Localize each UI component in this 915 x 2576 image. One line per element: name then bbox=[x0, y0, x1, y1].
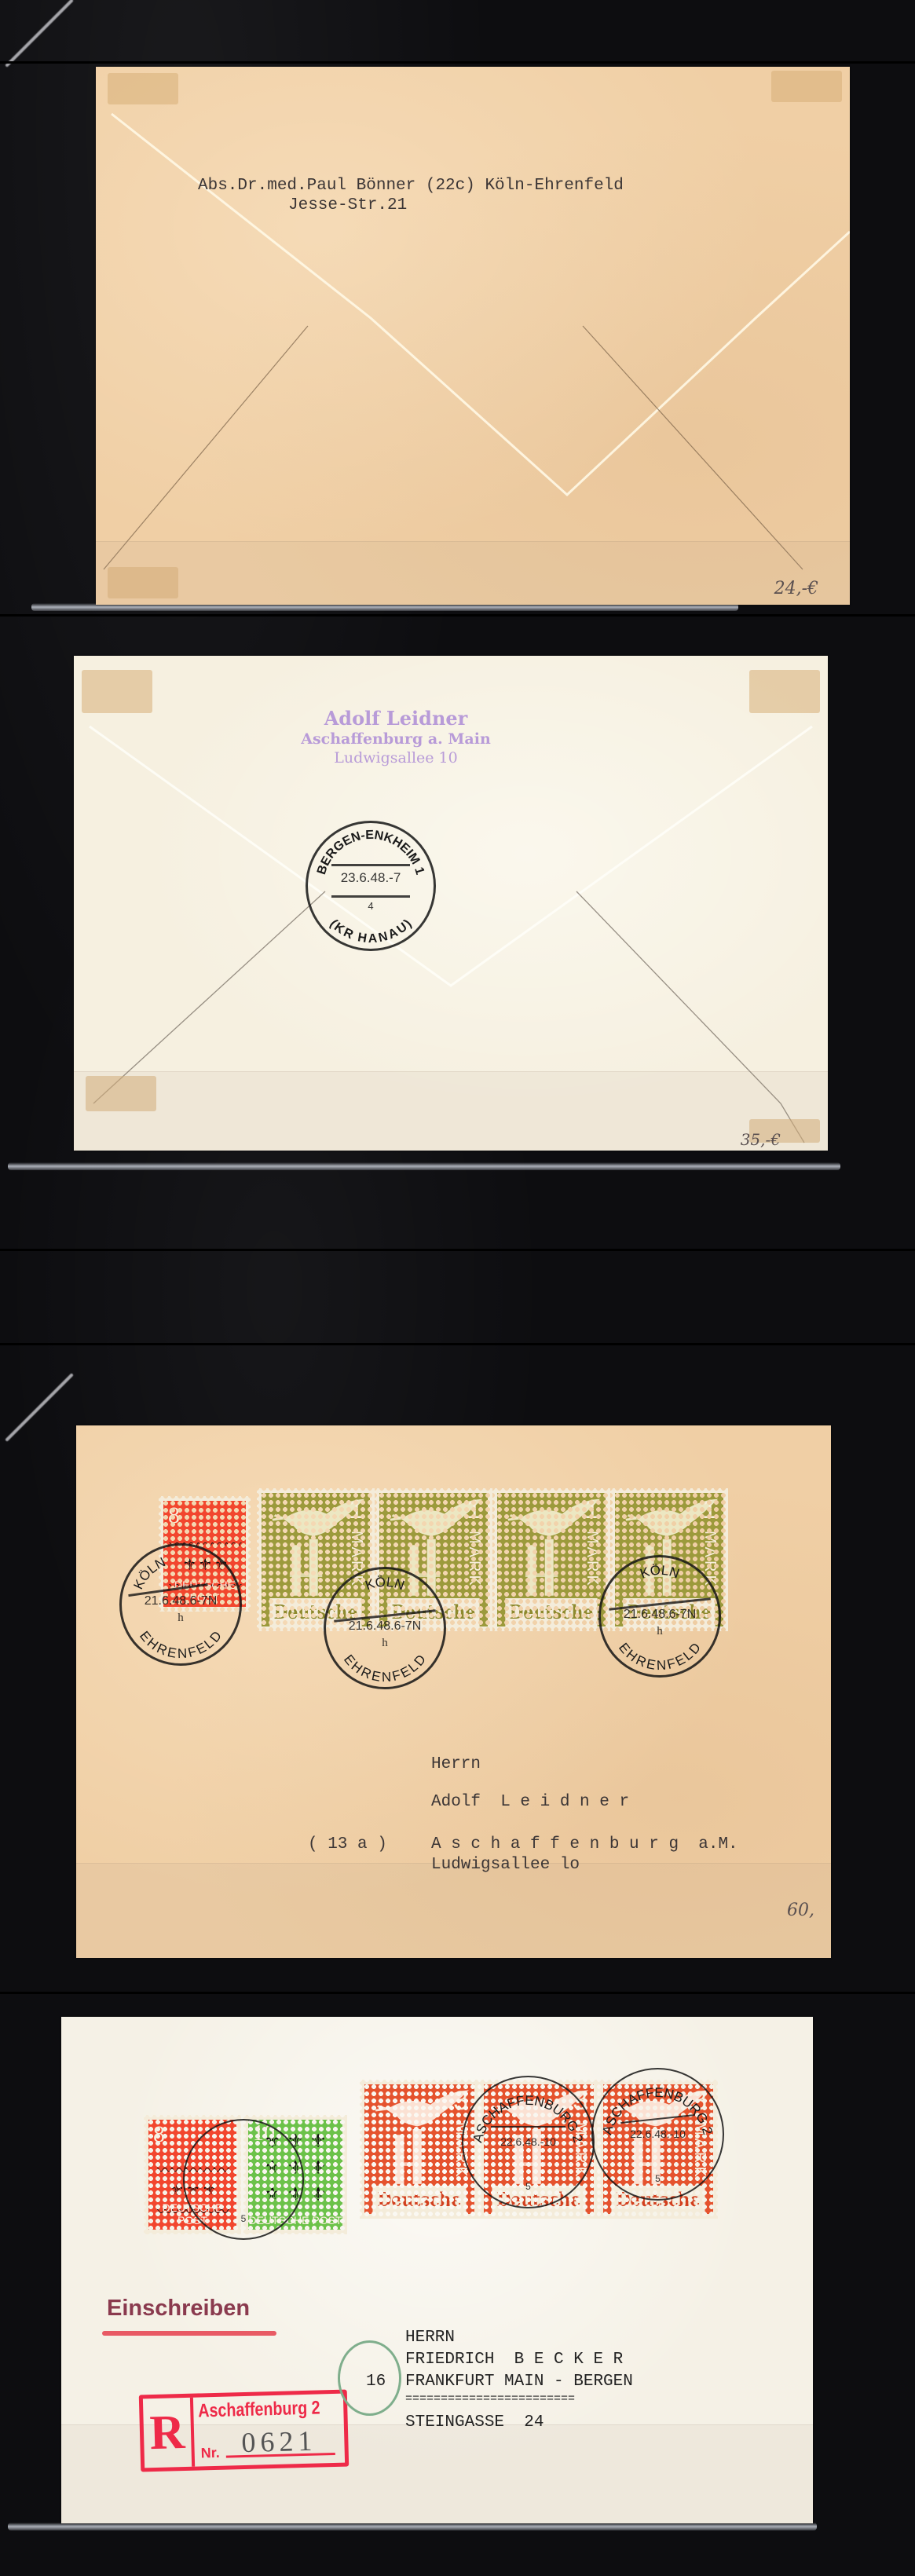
sleeve-edge bbox=[8, 1162, 840, 1170]
sleeve-overlap bbox=[76, 1863, 831, 1958]
strip-divider bbox=[0, 1343, 915, 1345]
postmark-koeln-ehrenfeld: KÖLN EHRENFELD 21.6.48.6-7N h bbox=[324, 1567, 446, 1689]
postmark-date: 23.6.48.-7 bbox=[308, 870, 434, 886]
postmark-aschaffenburg: 5 bbox=[183, 2119, 304, 2240]
pencil-price: 24,-€ bbox=[774, 579, 818, 598]
address-salutation: Herrn bbox=[431, 1755, 481, 1773]
address-postal-zone: ( 13 a ) bbox=[308, 1835, 387, 1853]
sender-line-1: Abs.Dr.med.Paul Bönner (22c) Köln-Ehrenf… bbox=[198, 177, 624, 195]
hinge-tape bbox=[749, 670, 820, 713]
address-name: FRIEDRICH B E C K E R bbox=[405, 2351, 623, 2369]
postmark-koeln-ehrenfeld: KÖLN EHRENFELD 21.6.48.6-7N h bbox=[119, 1543, 242, 1666]
postmark-date: 21.6.48.6-7N bbox=[601, 1608, 719, 1622]
pencil-price: 35,-€ bbox=[741, 1130, 781, 1149]
strip-divider bbox=[0, 61, 915, 64]
registration-letter: R bbox=[143, 2398, 195, 2468]
svg-text:KÖLN: KÖLN bbox=[364, 1575, 407, 1594]
svg-text:EHRENFELD: EHRENFELD bbox=[341, 1652, 429, 1685]
sleeve-edge bbox=[8, 2523, 817, 2530]
postmark-date: 22.6.48.-10 bbox=[463, 2135, 593, 2148]
svg-text:KÖLN: KÖLN bbox=[639, 1563, 682, 1582]
address-name: Adolf L e i d n e r bbox=[431, 1793, 629, 1811]
envelope-back-boenner: Abs.Dr.med.Paul Bönner (22c) Köln-Ehrenf… bbox=[96, 67, 850, 605]
postmark-date: 21.6.48.6-7N bbox=[122, 1594, 240, 1608]
sender-stamp-city: Aschaffenburg a. Main bbox=[278, 730, 514, 749]
address-salutation: HERRN bbox=[405, 2329, 455, 2347]
address-postal-zone: 16 bbox=[366, 2373, 386, 2391]
postmark-koeln-ehrenfeld: KÖLN EHRENFELD 21.6.48.6-7N h bbox=[598, 1555, 721, 1678]
address-city: A s c h a f f e n b u r g a.M. bbox=[431, 1835, 738, 1853]
svg-text:(KR HANAU): (KR HANAU) bbox=[327, 917, 414, 946]
address-street: Ludwigsallee lo bbox=[431, 1856, 580, 1874]
postmark-code: 4 bbox=[308, 900, 434, 912]
registration-label: R Aschaffenburg 2 Nr. 0621 bbox=[139, 2390, 349, 2472]
stamp-1-mark: 1MARKDeutsche Post bbox=[492, 1488, 610, 1631]
hinge-tape bbox=[771, 71, 842, 102]
envelope-back-leidner: Adolf Leidner Aschaffenburg a. Main Ludw… bbox=[74, 656, 828, 1151]
sender-stamp-name: Adolf Leidner bbox=[278, 707, 514, 730]
sender-handstamp: Adolf Leidner Aschaffenburg a. Main Ludw… bbox=[278, 707, 514, 768]
registration-office: Aschaffenburg 2 bbox=[198, 2397, 320, 2422]
postmark-date: 21.6.48.6-7N bbox=[326, 1619, 444, 1634]
envelope-flap-lines bbox=[96, 67, 850, 605]
svg-text:KÖLN: KÖLN bbox=[130, 1554, 167, 1591]
strip-divider bbox=[0, 1249, 915, 1251]
postmark-aschaffenburg: ASCHAFFENBURG 2 22.6.48.-10 5 bbox=[591, 2068, 724, 2201]
einschreiben-label: Einschreiben bbox=[107, 2296, 250, 2322]
stamp-3-mark: 3MARKDeutsche Post bbox=[360, 2080, 479, 2219]
address-city: FRANKFURT MAIN - BERGEN bbox=[405, 2373, 633, 2391]
sleeve-overlap bbox=[74, 1071, 828, 1151]
sender-line-2: Jesse-Str.21 bbox=[288, 196, 407, 214]
svg-text:EHRENFELD: EHRENFELD bbox=[616, 1640, 704, 1673]
hinge-tape bbox=[108, 73, 178, 104]
address-separator: ======================== bbox=[405, 2392, 575, 2406]
address-street: STEINGASSE 24 bbox=[405, 2413, 544, 2431]
envelope-front-leidner: 8 〰〰〰〰〰⚜ ⚜ ⚜〰〰〰〰〰 DEUTSCHE POST 1MARKDeu… bbox=[76, 1425, 831, 1958]
strip-divider bbox=[0, 1992, 915, 1994]
svg-text:EHRENFELD: EHRENFELD bbox=[137, 1628, 225, 1661]
registration-number: 0621 bbox=[241, 2424, 317, 2459]
hinge-tape bbox=[82, 670, 152, 713]
einschreiben-underline bbox=[102, 2331, 276, 2336]
registration-nr-prefix: Nr. bbox=[200, 2445, 220, 2462]
pencil-price: 60, bbox=[787, 1901, 814, 1920]
postmark-date: 22.6.48.-10 bbox=[593, 2128, 723, 2140]
sender-stamp-street: Ludwigsallee 10 bbox=[278, 749, 514, 768]
sleeve-overlap bbox=[96, 541, 850, 605]
envelope-front-becker-registered: 8 〰〰〰〰〰⚜ ⚜ ⚜〰〰〰〰〰 DEUTSCHE POST 10 ⚜ ⚜ ⚜… bbox=[61, 2017, 813, 2523]
svg-text:BERGEN-ENKHEIM 1: BERGEN-ENKHEIM 1 bbox=[315, 829, 426, 876]
postmark-aschaffenburg: ASCHAFFENBURG 2 22.6.48.-10 5 bbox=[462, 2076, 595, 2208]
postmark-bergen-enkheim: BERGEN-ENKHEIM 1 (KR HANAU) 23.6.48.-7 4 bbox=[306, 821, 436, 951]
strip-divider bbox=[0, 614, 915, 617]
